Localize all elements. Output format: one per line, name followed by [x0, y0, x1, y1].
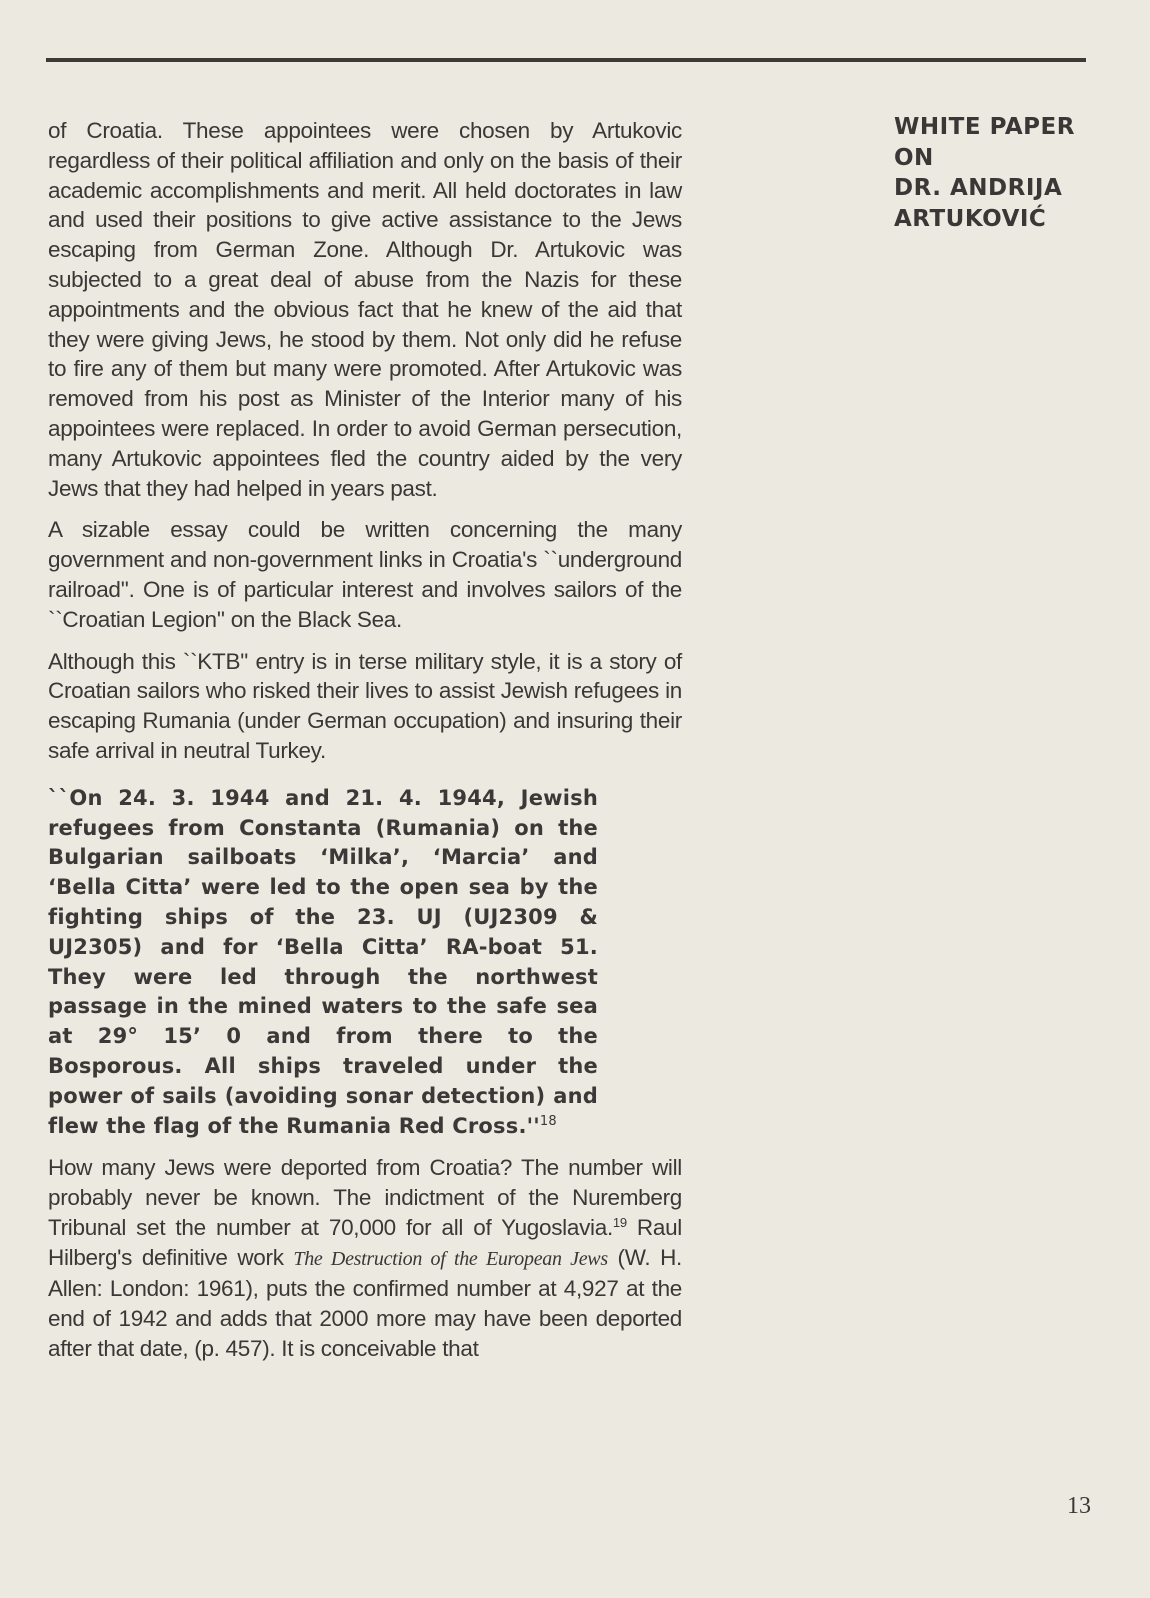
paragraph-underground-railroad: A sizable essay could be written concern…: [48, 515, 682, 634]
sidebar-title-line: ON: [894, 143, 1094, 174]
header-rule: [46, 58, 1086, 62]
book-title: The Destruction of the European Jews: [293, 1248, 607, 1270]
page-number: 13: [1067, 1493, 1091, 1520]
main-text-column: of Croatia. These appointees were chosen…: [48, 116, 682, 1376]
block-quote-ktb: ``On 24. 3. 1944 and 21. 4. 1944, Jewish…: [48, 784, 598, 1142]
sidebar-title-line: DR. ANDRIJA: [894, 173, 1094, 204]
sidebar-title-line: ARTUKOVIĆ: [894, 204, 1094, 235]
paragraph-text: How many Jews were deported from Croatia…: [48, 1155, 682, 1240]
sidebar-title-line: WHITE PAPER: [894, 112, 1094, 143]
sidebar-title: WHITE PAPER ON DR. ANDRIJA ARTUKOVIĆ: [894, 112, 1094, 234]
paragraph-appointees: of Croatia. These appointees were chosen…: [48, 116, 682, 503]
paragraph-deportations: How many Jews were deported from Croatia…: [48, 1153, 682, 1364]
footnote-ref-18: 18: [540, 1114, 557, 1129]
paragraph-ktb-entry: Although this ``KTB'' entry is in terse …: [48, 647, 682, 766]
quote-text: ``On 24. 3. 1944 and 21. 4. 1944, Jewish…: [48, 786, 598, 1138]
footnote-ref-19: 19: [613, 1215, 627, 1230]
